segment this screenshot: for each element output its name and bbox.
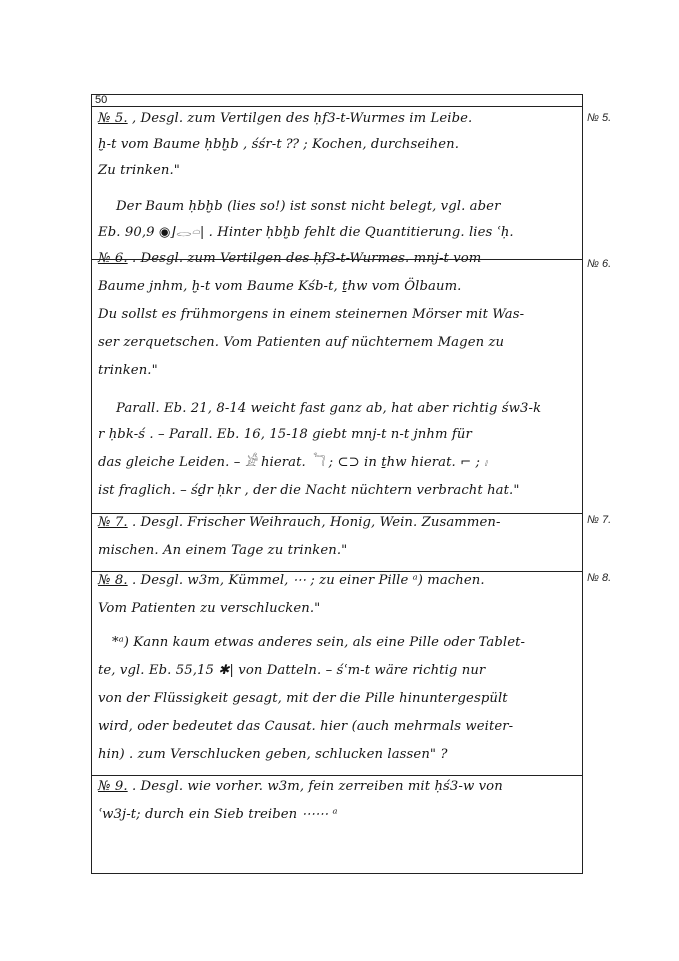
page-number: 50	[95, 94, 107, 106]
entry-8-line-1: № 8. . Desgl. w3m, Kümmel, ⋯ ; zu einer …	[98, 571, 485, 591]
entry-label-9: № 9.	[98, 779, 128, 794]
entry-7-line-1: № 7. . Desgl. Frischer Weihrauch, Honig,…	[98, 513, 501, 533]
margin-label-5: № 5.	[587, 112, 611, 124]
manuscript-page-frame: 50 № 5. , Desgl. zum Vertilgen des ḥf3-t…	[91, 94, 583, 874]
entry-5-line-2: ḫ-t vom Baume ḥbḫb , śśr-t ⁇ ; Kochen, d…	[98, 135, 459, 155]
entry-9-line-2: ʿw3j-t; durch ein Sieb treiben ⋯⋯ ᵃ	[98, 805, 338, 825]
note-1-line-1: Der Baum ḥbḫb (lies so!) ist sonst nicht…	[116, 197, 500, 217]
footnote-line-4: wird, oder bedeutet das Causat. hier (au…	[98, 717, 513, 737]
entry-5-line-3: Zu trinken."	[98, 161, 180, 181]
footnote-line-5: hin) . zum Verschlucken geben, schlucken…	[98, 745, 448, 765]
footnote-line-2: te, vgl. Eb. 55,15 ✱| von Datteln. – śʿm…	[98, 661, 485, 681]
entry-divider	[92, 513, 582, 514]
entry-6-line-4: ser zerquetschen. Vom Patienten auf nüch…	[98, 333, 504, 353]
entry-divider	[92, 775, 582, 776]
entry-6-line-3: Du sollst es frühmorgens in einem steine…	[98, 305, 524, 325]
margin-label-6: № 6.	[587, 258, 611, 270]
margin-label-8: № 8.	[587, 572, 611, 584]
entry-6-line-5: trinken."	[98, 361, 158, 381]
entry-6-line-2: Baume jnhm, ḫ-t vom Baume Kśb-t, ṯhw vom…	[98, 277, 461, 297]
footnote-line-1: *ᵃ) Kann kaum etwas anderes sein, als ei…	[112, 633, 525, 653]
margin-label-7: № 7.	[587, 514, 611, 526]
footnote-line-3: von der Flüssigkeit gesagt, mit der die …	[98, 689, 508, 709]
note-2-line-3: das gleiche Leiden. – 𓀀 hierat. 𓆓 ; ⊂⊃ i…	[98, 453, 487, 473]
entry-8-line-2: Vom Patienten zu verschlucken."	[98, 599, 320, 619]
entry-label-7: № 7.	[98, 515, 128, 530]
entry-label-5: № 5.	[98, 111, 128, 126]
entry-9-line-1: № 9. . Desgl. wie vorher. w3m, fein zerr…	[98, 777, 503, 797]
note-2-line-1: Parall. Eb. 21, 8-14 weicht fast ganz ab…	[116, 399, 541, 419]
entry-divider	[92, 571, 582, 572]
note-2-line-4: ist fraglich. – śḏr ḥkr , der die Nacht …	[98, 481, 520, 501]
entry-label-8: № 8.	[98, 573, 128, 588]
entry-5-line-1: № 5. , Desgl. zum Vertilgen des ḥf3-t-Wu…	[98, 109, 472, 129]
entry-divider	[92, 259, 582, 260]
entry-7-line-2: mischen. An einem Tage zu trinken."	[98, 541, 347, 561]
note-1-line-2: Eb. 90,9 ◉⌋𓂋𓏏| . Hinter ḥbḫb fehlt die Q…	[98, 223, 514, 243]
header-rule	[92, 106, 582, 107]
note-2-line-2: r ḥbk-ś . – Parall. Eb. 16, 15-18 giebt …	[98, 425, 472, 445]
